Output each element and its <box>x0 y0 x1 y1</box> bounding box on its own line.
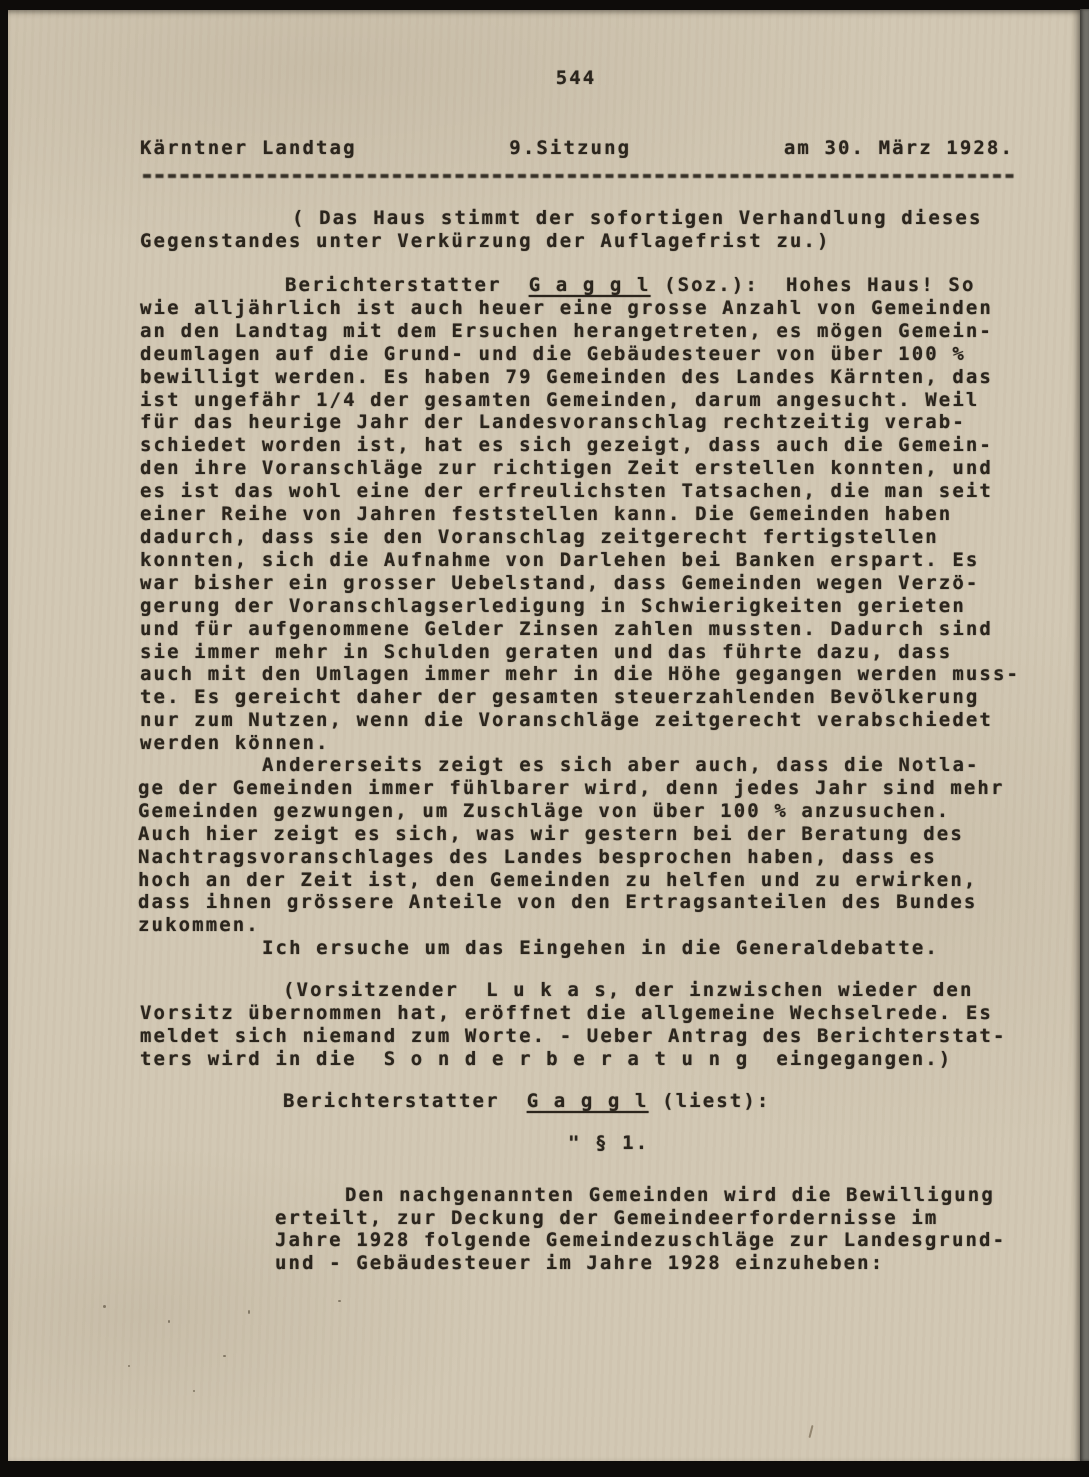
text-line: Gemeinden gezwungen, um Zuschläge von üb… <box>138 800 1048 823</box>
header-left: Kärntner Landtag <box>140 137 357 160</box>
text-line: für das heurige Jahr der Landesvoranschl… <box>140 411 1050 434</box>
text-line: zukommen. <box>138 914 1048 937</box>
report-speech-paragraph: Berichterstatter G a g g l (Soz.): Hohes… <box>140 274 1050 755</box>
scanned-document-screenshot: { "page": { "number": "544", "header": {… <box>0 0 1089 1477</box>
text-line: Nachtragsvoranschlages des Landes bespro… <box>138 846 1048 869</box>
header-right: am 30. März 1928. <box>784 137 1014 160</box>
text-line: meldet sich niemand zum Worte. - Ueber A… <box>140 1025 1050 1048</box>
text-line: Auch hier zeigt es sich, was wir gestern… <box>138 823 1048 846</box>
speaker-rest: (Soz.): Hohes Haus! So <box>651 274 976 296</box>
text-line: dadurch, dass sie den Voranschlag zeitge… <box>140 526 1050 549</box>
notlage-paragraph: Andererseits zeigt es sich aber auch, da… <box>138 754 1048 960</box>
speaker-role: Berichterstatter <box>283 1090 527 1112</box>
text-line: nur zum Nutzen, wenn die Voranschläge ze… <box>140 709 1050 732</box>
text-line: Ich ersuche um das Eingehen in die Gener… <box>138 937 1048 960</box>
paper-speck <box>193 1390 195 1392</box>
text-line: erteilt, zur Deckung der Gemeindeerforde… <box>275 1207 1035 1230</box>
text-line: es ist das wohl eine der erfreulichsten … <box>140 480 1050 503</box>
text-line: war bisher ein grosser Uebelstand, dass … <box>140 572 1050 595</box>
header-center: 9.Sitzung <box>509 137 631 160</box>
text-line: hoch an der Zeit ist, den Gemeinden zu h… <box>138 869 1048 892</box>
text-line: Andererseits zeigt es sich aber auch, da… <box>138 754 1048 777</box>
text-line: konnten, sich die Aufnahme von Darlehen … <box>140 549 1050 572</box>
text-line: den ihre Voranschläge zur richtigen Zeit… <box>140 457 1050 480</box>
text-line: werden können. <box>140 732 1050 755</box>
text-line: Den nachgenannten Gemeinden wird die Bew… <box>275 1184 1035 1207</box>
chair-note-paragraph: (Vorsitzender L u k a s, der inzwischen … <box>140 979 1050 1071</box>
text-line: Berichterstatter G a g g l (Soz.): Hohes… <box>140 274 1050 297</box>
text-line: wie alljährlich ist auch heuer eine gros… <box>140 297 1050 320</box>
text-line: deumlagen auf die Grund- und die Gebäude… <box>140 343 1050 366</box>
page-header: Kärntner Landtag 9.Sitzung am 30. März 1… <box>140 137 1014 160</box>
paper-speck <box>103 1305 106 1308</box>
text-line: sie immer mehr in Schulden geraten und d… <box>140 641 1050 664</box>
text-line: und für aufgenommene Gelder Zinsen zahle… <box>140 618 1050 641</box>
text-line: und - Gebäudesteuer im Jahre 1928 einzuh… <box>275 1252 1035 1275</box>
text-line: (Vorsitzender L u k a s, der inzwischen … <box>140 979 1050 1002</box>
scan-edge-right <box>1080 9 1089 1461</box>
text-line: auch mit den Umlagen immer mehr in die H… <box>140 663 1050 686</box>
reader-note-line: Berichterstatter G a g g l (liest): <box>140 1090 1050 1113</box>
text-line: ge der Gemeinden immer fühlbarer wird, d… <box>138 777 1048 800</box>
text-line: an den Landtag mit dem Ersuchen heranget… <box>140 320 1050 343</box>
text-line: gerung der Voranschlagserledigung in Sch… <box>140 595 1050 618</box>
speaker-rest: (liest): <box>649 1090 771 1112</box>
text-line: bewilligt werden. Es haben 79 Gemeinden … <box>140 366 1050 389</box>
text-line: Berichterstatter G a g g l (liest): <box>140 1090 1050 1113</box>
speaker-role: Berichterstatter <box>285 274 529 296</box>
speaker-name-underlined: G a g g l <box>527 1090 649 1112</box>
text-line: Vorsitz übernommen hat, eröffnet die all… <box>140 1002 1050 1025</box>
document-page: 544 Kärntner Landtag 9.Sitzung am 30. Mä… <box>8 10 1080 1461</box>
paper-fiber-mark <box>808 1425 813 1438</box>
text-line: Gegenstandes unter Verkürzung der Auflag… <box>140 230 1040 253</box>
page-number: 544 <box>8 67 1080 90</box>
paper-speck <box>338 1300 341 1302</box>
paper-speck <box>128 1365 130 1367</box>
text-line: dass ihnen grössere Anteile von den Ertr… <box>138 891 1048 914</box>
text-line: Jahre 1928 folgende Gemeindezuschläge zu… <box>275 1229 1035 1252</box>
speaker-name-underlined: G a g g l <box>529 274 651 296</box>
section-heading: " § 1. <box>568 1132 649 1155</box>
text-line: schiedet worden ist, hat es sich gezeigt… <box>140 434 1050 457</box>
paper-speck <box>248 1310 250 1314</box>
dashed-rule <box>143 174 1015 178</box>
resolution-paragraph: Den nachgenannten Gemeinden wird die Bew… <box>275 1184 1035 1274</box>
paper-speck <box>223 1355 226 1357</box>
stage-note-paragraph: ( Das Haus stimmt der sofortigen Verhand… <box>140 207 1040 253</box>
text-line: te. Es gereicht daher der gesamten steue… <box>140 686 1050 709</box>
text-line: ist ungefähr 1/4 der gesamten Gemeinden,… <box>140 389 1050 412</box>
text-line: einer Reihe von Jahren feststellen kann.… <box>140 503 1050 526</box>
text-line: ( Das Haus stimmt der sofortigen Verhand… <box>140 207 1040 230</box>
paper-speck <box>168 1320 170 1323</box>
text-line: ters wird in die S o n d e r b e r a t u… <box>140 1048 1050 1071</box>
